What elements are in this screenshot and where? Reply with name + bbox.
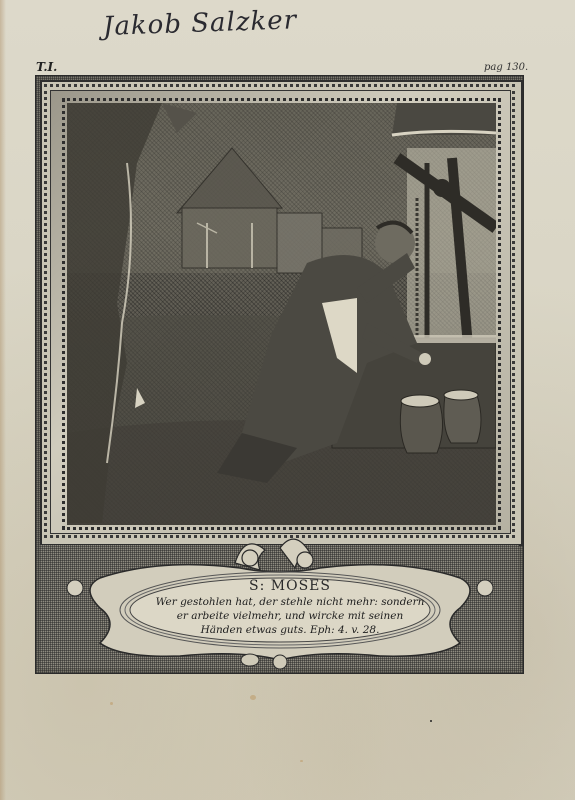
scene-drawing (67, 103, 496, 525)
paper-edge-stain (0, 0, 6, 800)
left-scroll-icon (67, 580, 83, 596)
right-scroll-icon (477, 580, 493, 596)
crest-scroll-icon (235, 539, 313, 570)
page-reference: pag 130. (484, 62, 528, 73)
cartouche-caption: S: MOSES Wer gestohlen hat, der stehle n… (140, 578, 440, 637)
caption-line-3: Händen etwas guts. Eph: 4. v. 28. (140, 623, 440, 637)
engraved-scene (67, 103, 496, 525)
well-roof-icon (392, 103, 496, 135)
caption-title: S: MOSES (140, 578, 440, 594)
caption-line-2: er arbeite vielmehr, und wircke mit sein… (140, 609, 440, 623)
caption-line-1: Wer gestohlen hat, der stehle nicht mehr… (140, 595, 440, 609)
plate-label: T.I. (36, 60, 57, 74)
